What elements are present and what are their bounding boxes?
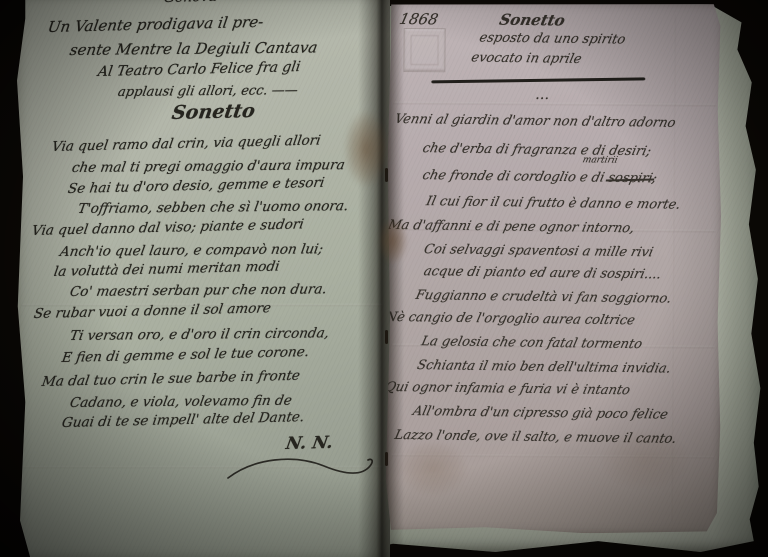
stain [378,218,408,264]
stain [398,440,468,496]
sonnet-line: Qui ognor infamia e furia vi è intanto [383,380,631,398]
sonnet-line: Venni al giardin d'amor non d'altro ador… [393,112,677,131]
sonnet-line: Via quel danno dal viso; piante e sudori [31,216,305,239]
sonnet-line: Nè cangio de l'orgoglio aurea coltrice [384,310,636,328]
sonnet-line: Il cui fior il cui frutto è danno e mort… [425,194,682,213]
sonnet-title-left: Sonetto [170,100,256,124]
place-heading: Genova [163,0,219,6]
sonnet-line: Anch'io quel lauro, e compavò non lui; [59,241,325,260]
sonnet-line: Co' maestri serban pur che non dura. [69,281,328,300]
sonnet-line: Fuggianno e crudeltà vi fan soggiorno. [414,288,673,307]
sonnet-line: che mal ti pregi omaggio d'aura impura [71,157,346,176]
sonnet-title-right: Sonetto [498,11,567,30]
sonnet-line: Cadano, e viola, volevamo fin de [69,393,293,411]
binding-thread [385,330,388,344]
sonnet-line: Ma dal tuo crin le sue barbe in fronte [41,368,301,390]
interlinear-correction: martirii [582,155,619,165]
dedication-line: sente Mentre la Degiuli Cantava [69,38,319,59]
embossed-revenue-stamp [403,28,445,72]
subtitle-line: evocato in aprile [470,50,583,67]
sonnet-line: Coi selvaggi spaventosi a mille rivi [422,242,654,260]
sonnet-line: Ma d'affanni e di pene ognor intorno, [387,218,636,236]
fold-crease [394,102,717,106]
dedication-line: applausi gli allori, ecc. —— [117,83,299,100]
sonnet-line: Via quel ramo dal crin, via quegli allor… [51,132,322,155]
signature: N. N. [284,433,334,454]
manuscript-photo: Genova Un Valente prodigava il pre- sent… [0,0,768,557]
sonnet-line-with-strikethrough: che fronde di cordoglio e di sospiri; [421,168,658,186]
year-label: 1868 [398,10,440,29]
dedication-line: Un Valente prodigava il pre- [47,13,265,36]
stain [344,110,388,188]
sonnet-line: E fien di gemme e sol le tue corone. [61,344,311,366]
sonnet-line: Ti versan oro, e d'oro il crin circonda, [69,325,331,344]
line-text: che fronde di cordoglio e di [421,168,610,186]
section-dots: … [535,87,551,103]
left-page: Genova Un Valente prodigava il pre- sent… [14,0,390,557]
sonnet-line: Guai di te se impell' alte del Dante. [61,409,306,431]
sonnet-line: acque di pianto ed aure di sospiri.... [422,264,662,282]
struck-word: sospiri [607,171,654,187]
dedication-line: Al Teatro Carlo Felice fra gli [97,59,302,80]
subtitle-line: esposto da uno spirito [478,30,627,47]
signature-flourish [224,452,384,486]
sonnet-line: All'ombra d'un cipresso già poco felice [411,404,669,423]
sonnet-line: T'offriamo, sebben che sì l'uomo onora. [77,198,350,217]
binding-thread [385,452,388,466]
stain [600,430,690,490]
sonnet-line: Se hai tu d'oro desio, gemme e tesori [67,175,326,197]
sonnet-line: La gelosia che con fatal tormento [420,334,644,352]
sonnet-line: Schianta il mio ben dell'ultima invidia. [416,358,673,377]
title-underline [431,77,645,83]
binding-thread [385,168,388,182]
sonnet-line: la voluttà dei numi meritan modi [53,259,281,280]
